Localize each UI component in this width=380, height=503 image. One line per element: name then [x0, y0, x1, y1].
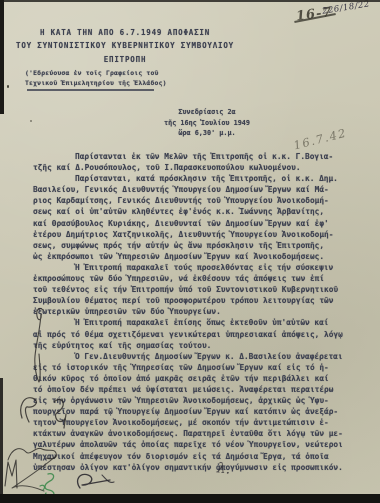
body-line: Συμβουλίου θέματος περί τοῦ προσφορωτέρο…	[33, 295, 360, 306]
scan-edge-left-lower	[0, 378, 3, 503]
body-line: κτάκτων ἀναγκῶν ἀνοικοδομήσεως. Παρατηρε…	[33, 428, 360, 439]
body-line: γαλυτέρων ἀπολαυῶν τάς ὁποίας παρεῖχε τό…	[33, 439, 360, 450]
title-line-3: ΕΠΙΤΡΟΠΗ	[2, 53, 248, 66]
body-line: τῆς εὐρύτητος καί τῆς σημασίας τούτου.	[33, 340, 360, 351]
handwritten-date: 16.7.42	[292, 126, 348, 153]
paragraph-members-present: Παρίστανται ἐκ τῶν Μελῶν τῆς Ἐπιτροπῆς ο…	[33, 151, 360, 173]
body-line: τζῆς καί Δ.Ρουσόπουλος, τοῦ Ι.Παρασκευοπ…	[33, 162, 360, 173]
scan-edge-top	[0, 0, 380, 2]
body-line: ἐξωτερικῶν ὑπηρεσιῶν τῶν δύο Ὑπουργείων.	[33, 306, 360, 317]
session-block: Συνεδρίασις 2α τῆς 16ης Ἰουλίου 1949 ὥρα…	[136, 107, 278, 139]
paragraph-vasileiou-statement: Ὁ Γεν.Διευθυντής Δημοσίων Ἔργων κ. Δ.Βασ…	[33, 351, 360, 473]
margin-pen-scribbles	[16, 392, 74, 434]
paper-speck	[30, 120, 32, 122]
scan-edge-left-upper	[0, 0, 4, 114]
body-line: ὡς ἐκπρόσωποι τῶν Ὑπηρεσιῶν Δημοσίων Ἔργ…	[33, 251, 360, 262]
paragraph-invited-officials: Παρίστανται, κατά πρόσκλησιν τῆς Ἐπιτροπ…	[33, 173, 360, 262]
body-line: σεως, συμφώνως πρός τήν αὐτήν ὡς ἄνω πρό…	[33, 240, 360, 251]
body-line: εἰς τήν ὀργάνωσιν τῶν Ὑπηρεσιῶν Ἀνοικοδο…	[33, 395, 360, 406]
bottom-pen-flourish	[72, 468, 118, 494]
body-line: τό ὁποῖον δέν πρέπει νά ὑφίσταται μειώσε…	[33, 384, 360, 395]
handwritten-lambda-mark: λ.	[216, 460, 231, 477]
session-date: τῆς 16ης Ἰουλίου 1949	[136, 118, 278, 129]
title-line-1: Η ΚΑΤΑ ΤΗΝ ΑΠΟ 6.7.1949 ΑΠΟΦΑΣΙΝ	[2, 26, 248, 39]
document-body: Παρίστανται ἐκ τῶν Μελῶν τῆς Ἐπιτροπῆς ο…	[33, 151, 360, 473]
body-line: Ἡ Ἐπιτροπή παρακαλεῖ ἐπίσης ὅπως ἐκτεθοῦ…	[33, 317, 360, 328]
seat-note-underline	[27, 89, 154, 91]
body-line: τοῦ τεθέντος εἰς τήν Ἐπιτροπήν ὑπό τοῦ Σ…	[33, 284, 360, 295]
body-line: ἑτέρου Δημήτριος Χατζηνικολῆς, Διευθυντή…	[33, 229, 360, 240]
body-line: πουργεῖον παρά τῷ Ὑπουργείῳ Δημοσίων Ἔργ…	[33, 406, 360, 417]
handwritten-file-number: 226/18/22	[322, 0, 371, 17]
document-page: Η ΚΑΤΑ ΤΗΝ ΑΠΟ 6.7.1949 ΑΠΟΦΑΣΙΝ ΤΟΥ ΣΥΝ…	[0, 0, 380, 503]
body-line: Βασιλείου, Γενικός Διευθυντής Ὑπουργείου…	[33, 184, 360, 195]
title-line-2: ΤΟΥ ΣΥΝΤΟΝΙΣΤΙΚΟΥ ΚΥΒΕΡΝΗΤΙΚΟΥ ΣΥΜΒΟΥΛΙΟ…	[2, 39, 248, 52]
body-line: ἐκπροσώπους τῶν δύο Ὑπηρεσιῶν, νά ἐκθέσο…	[33, 273, 360, 284]
body-line: ριος Καρδαμίτσης, Γενικός Διευθυντής τοῦ…	[33, 195, 360, 206]
body-line: Ἡ Ἐπιτροπή παρακαλεῖ τούς προσελθόντας ε…	[33, 262, 360, 273]
body-line: Παρίστανται, κατά πρόσκλησιν τῆς Ἐπιτροπ…	[33, 173, 360, 184]
seat-note: ('Εδρεύουσα ἐν τοῖς Γραφείοις τοῦ Τεχνικ…	[25, 69, 167, 89]
paragraph-committee-request: Ἡ Ἐπιτροπή παρακαλεῖ τούς προσελθόντας ε…	[33, 262, 360, 317]
body-line: Μηχανικοί ἀπέφευγον τόν διορισμόν εἰς τά…	[33, 451, 360, 462]
body-line: θικόν κῦρος τό ὁποῖον ἀπό μακρᾶς σειρᾶς …	[33, 373, 360, 384]
session-number: Συνεδρίασις 2α	[136, 107, 278, 118]
scan-edge-bottom	[0, 494, 380, 503]
seat-note-line-1: ('Εδρεύουσα ἐν τοῖς Γραφείοις τοῦ	[25, 69, 167, 79]
paragraph-additional-request: Ἡ Ἐπιτροπή παρακαλεῖ ἐπίσης ὅπως ἐκτεθοῦ…	[33, 317, 360, 350]
margin-pen-flourish	[27, 304, 49, 386]
body-line: αἱ πρός τό θέμα σχετιζόμεναι γενικώτεραι…	[33, 329, 360, 340]
seat-note-line-2: Τεχνικοῦ Ἐπιμελητηρίου τῆς Ἑλλάδος)	[25, 79, 167, 89]
body-line: σεως καί οἱ ὑπ'αὐτῶν κληθέντες ἐφ'ἑνός κ…	[33, 206, 360, 217]
paper-speck	[7, 85, 9, 88]
body-line: Παρίστανται ἐκ τῶν Μελῶν τῆς Ἐπιτροπῆς ο…	[33, 151, 360, 162]
body-line: τητον Ὑπουργεῖον Ἀνοικοδομήσεως, μέ σκοπ…	[33, 417, 360, 428]
body-line: καί Θρασύβουλος Κυριάκης, Διευθυνταί τῶν…	[33, 218, 360, 229]
body-line: εἰς τό ἱστορικόν τῆς Ὑπηρεσίας τῶν Δημοσ…	[33, 362, 360, 373]
document-title: Η ΚΑΤΑ ΤΗΝ ΑΠΟ 6.7.1949 ΑΠΟΦΑΣΙΝ ΤΟΥ ΣΥΝ…	[2, 26, 248, 66]
body-line: Ὁ Γεν.Διευθυντής Δημοσίων Ἔργων κ. Δ.Βασ…	[33, 351, 360, 362]
session-time: ὥρα 6,30' μ.μ.	[136, 128, 278, 139]
